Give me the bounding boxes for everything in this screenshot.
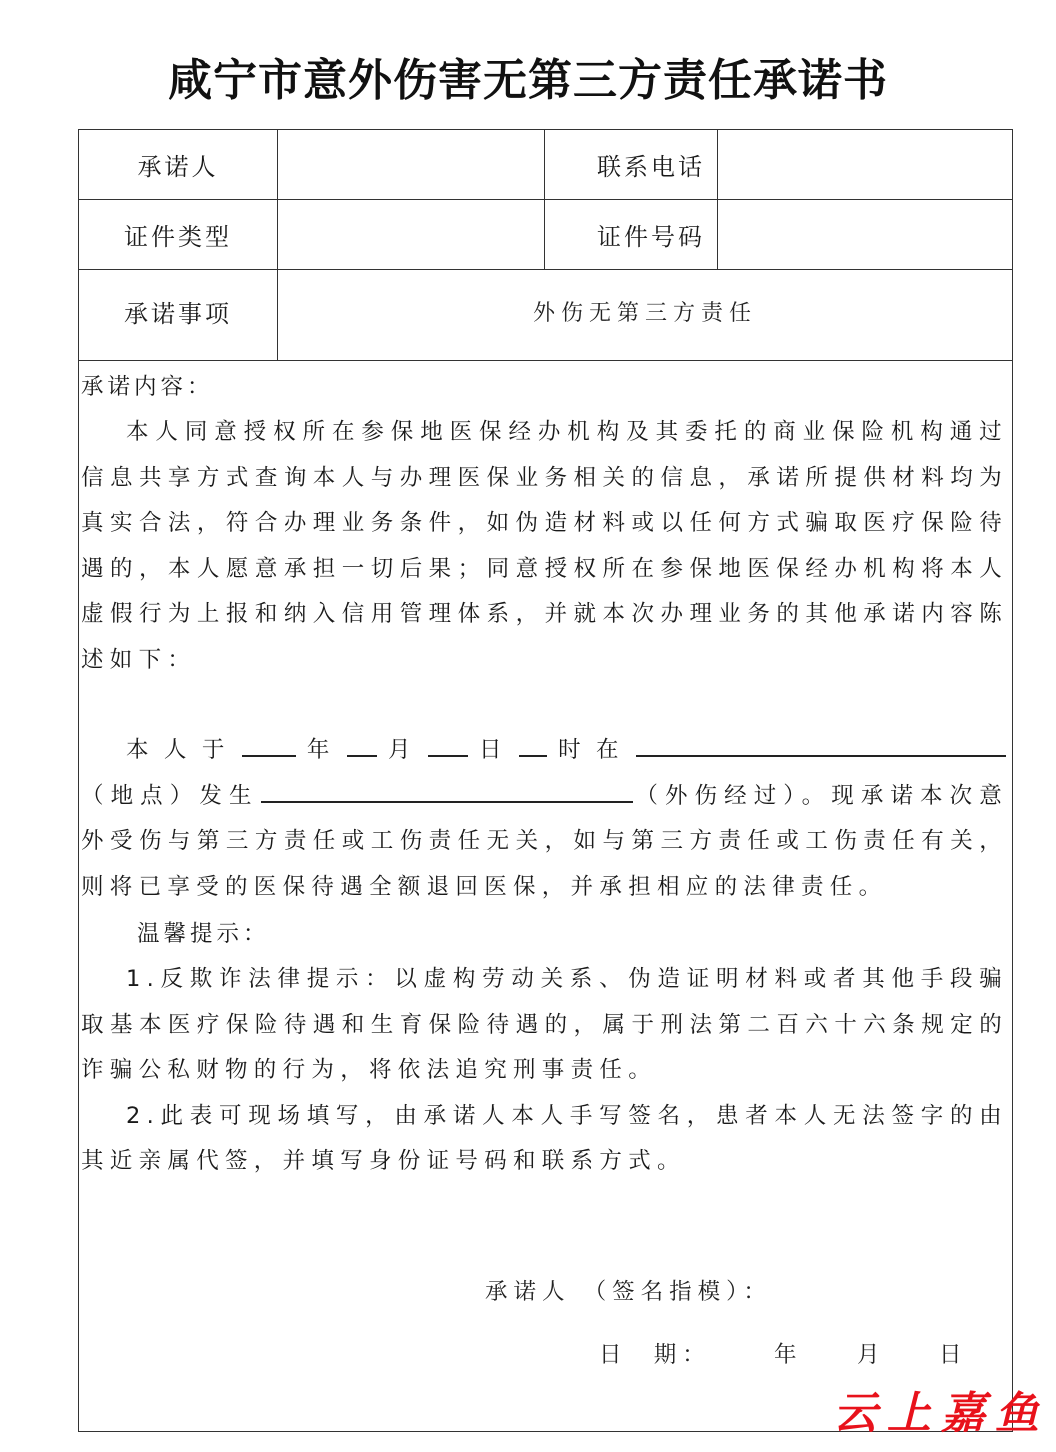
statement-day: 日 [470,737,517,763]
tip-anti-fraud: 1.反欺诈法律提示：以虚构劳动关系、伪造证明材料或者其他手段骗取基本医疗保险待遇… [79,957,1012,1094]
place-blank[interactable] [636,733,1006,757]
form-row-promisor: 承诺人 联系电话 [79,130,1012,200]
year-blank[interactable] [242,733,296,757]
statement-month: 月 [379,737,426,763]
tip-filling-instructions: 2.此表可现场填写，由承诺人本人手写签名，患者本人无法签字的由其近亲属代签，并填… [79,1094,1012,1185]
authorization-paragraph: 本人同意授权所在参保地医保经办机构及其委托的商业保险机构通过信息共享方式查询本人… [79,410,1012,683]
statement-occur: 发生 [199,783,258,809]
commitment-content: 承诺内容： 本人同意授权所在参保地医保经办机构及其委托的商业保险机构通过信息共享… [79,361,1012,1185]
id-type-cell [278,200,545,269]
promisor-cell [278,130,545,199]
scan-edge-mark [88,0,148,4]
statement-prefix: 本人于 [126,737,240,763]
promisor-input[interactable] [278,130,544,199]
phone-label: 联系电话 [545,130,718,199]
tips-heading: 温馨提示： [79,912,1012,957]
phone-input[interactable] [718,130,1012,199]
hour-blank[interactable] [519,733,547,757]
promisor-label: 承诺人 [79,130,278,199]
date-year: 年 [774,1337,797,1369]
id-number-input[interactable] [718,200,1012,269]
month-blank[interactable] [347,733,377,757]
form-row-id: 证件类型 证件号码 [79,200,1012,270]
statement-place-suffix: （地点） [81,783,199,809]
signature-label: 承诺人 （签名指模）： [485,1274,772,1306]
matter-value: 外伤无第三方责任 [278,270,1012,360]
id-type-label: 证件类型 [79,200,278,269]
date-month: 月 [857,1337,880,1369]
content-heading: 承诺内容： [79,365,1012,410]
commitment-form: 承诺人 联系电话 证件类型 证件号码 承诺事项 外伤无第三方责任 承诺内容： 本… [78,129,1013,1432]
statement-year: 年 [298,737,345,763]
process-blank[interactable] [261,779,633,803]
incident-statement: 本人于年月日时在（地点）发生（外伤经过）。现承诺本次意外受伤与第三方责任或工伤责… [79,728,1012,910]
watermark-logo: 云上嘉鱼 [833,1377,1049,1441]
form-row-matter: 承诺事项 外伤无第三方责任 [79,270,1012,361]
id-number-cell [718,200,1012,269]
day-blank[interactable] [428,733,468,757]
date-label: 日 期： [599,1337,711,1369]
statement-hour-at: 时在 [549,737,634,763]
spacer [79,683,1012,728]
phone-cell [718,130,1012,199]
date-day: 日 [939,1337,962,1369]
id-number-label: 证件号码 [545,200,718,269]
document-title: 咸宁市意外伤害无第三方责任承诺书 [0,44,1056,108]
id-type-input[interactable] [278,200,544,269]
matter-label: 承诺事项 [79,270,278,360]
